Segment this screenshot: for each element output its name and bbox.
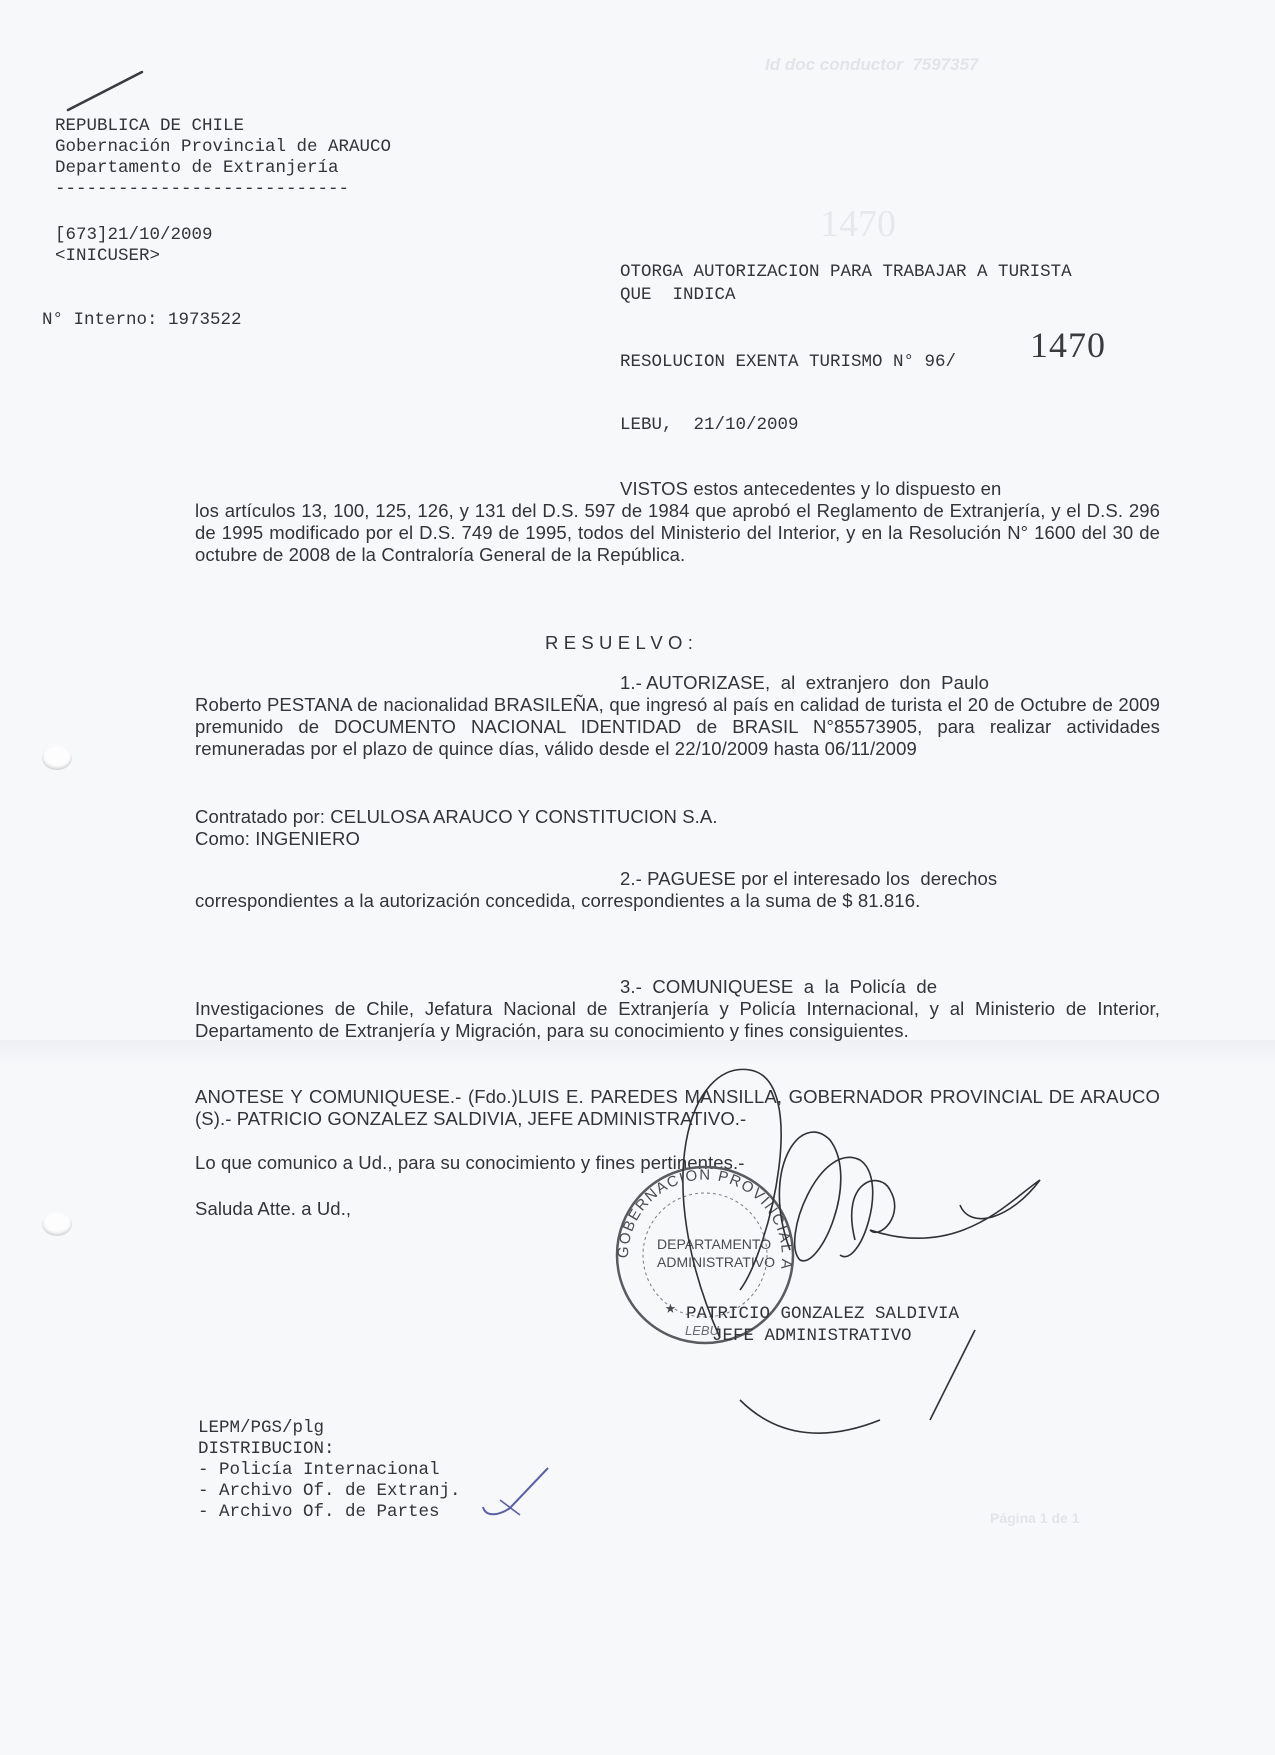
distribution-item: - Archivo Of. de Extranj.: [198, 1481, 461, 1502]
distribution-item: - Policía Internacional: [198, 1460, 440, 1481]
signatory-title: JEFE ADMINISTRATIVO: [712, 1326, 912, 1347]
svg-text:DEPARTAMENTO: DEPARTAMENTO: [657, 1236, 771, 1252]
distribution-label: DISTRIBUCION:: [198, 1439, 335, 1460]
scanned-document-page: Id doc conductor 7597357 1470 Página 1 d…: [0, 0, 1275, 1755]
svg-text:★: ★: [665, 1299, 676, 1319]
signatory-name: PATRICIO GONZALEZ SALDIVIA: [686, 1304, 959, 1325]
distribution-item: - Archivo Of. de Partes: [198, 1502, 440, 1523]
initials-line: LEPM/PGS/plg: [198, 1418, 324, 1439]
seal-and-signature-graphics: GOBERNACION PROVINCIAL ARAUCO DEPARTAMEN…: [0, 0, 1275, 1755]
